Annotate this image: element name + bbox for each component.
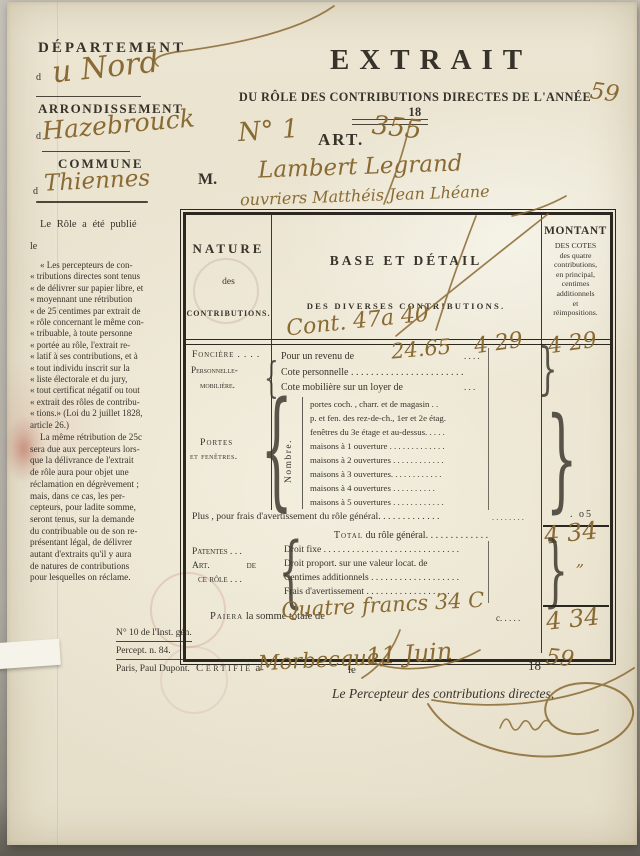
certifie-line: Certifié à [196, 662, 260, 674]
total-line: Total du rôle général. . . . . . . . . .… [276, 530, 546, 541]
art-de-label: Art. de [192, 561, 256, 571]
date-handwritten: 11 Juin [365, 637, 453, 671]
amount-principal-handwritten: 4 29 [472, 328, 524, 360]
divider-rule-flourish [36, 201, 148, 203]
art-value-handwritten: 355 [371, 110, 424, 145]
page-title: EXTRAIT [330, 44, 520, 77]
revenu-line: Pour un revenu de [281, 351, 354, 362]
final-amount-handwritten: 4 34 [545, 602, 601, 635]
percepteur-line: Le Percepteur des contributions directes… [332, 686, 554, 702]
role-published-le: le [30, 241, 37, 252]
law-quote-paragraph: « Les percepteurs de con- « tributions d… [30, 260, 182, 431]
de-word: de [247, 561, 256, 571]
fenetres-label: et fenêtres. [190, 451, 238, 461]
nature-des: des [186, 277, 271, 287]
departement-d: d [36, 72, 41, 83]
imprint-line-1: N° 10 de l'Inst. gén. [116, 628, 192, 642]
cote-personnelle-line: Cote personnelle . . . . . . . . . . . .… [281, 367, 463, 378]
footer-year-handwritten: 59 [545, 645, 575, 673]
portes-label: Portes [200, 437, 233, 448]
base-detail-header: BASE ET DÉTAIL [271, 253, 541, 269]
nature-header: NATURE [186, 241, 271, 257]
ce-role-label: ce rôle . . . [198, 575, 242, 585]
divider-rule [42, 151, 130, 152]
imprint-line-3: Paris, Paul Dupont. [116, 664, 190, 674]
paiera-dots: c. . . . . [496, 613, 520, 623]
total-word: Total [334, 530, 363, 541]
plus-frais-line: Plus , pour frais d'avertissement du rôl… [192, 511, 439, 522]
monsieur-label: M. [198, 171, 217, 189]
plus-dots: . . . . . . . . [492, 512, 524, 522]
paiera-word: Paiera [210, 611, 243, 622]
arrondissement-d: d [36, 131, 41, 142]
cote-mobiliere-dots: . . . [464, 382, 475, 392]
year-handwritten: 59 [588, 78, 621, 108]
patentes-ditto-handwritten: „ [576, 551, 584, 570]
role-published-line: Le Rôle a été publié [40, 219, 137, 230]
nature-contributions: CONTRIBUTIONS. [186, 309, 271, 318]
commune-value-handwritten: Thiennes [43, 165, 150, 197]
torn-paper-patch [0, 639, 61, 669]
divider-rule [36, 96, 141, 97]
personnelle-label: Personnelle- [191, 365, 238, 375]
commune-d: d [33, 186, 38, 197]
year-printed: 18 [528, 658, 541, 674]
contributions-table: NATURE des CONTRIBUTIONS. BASE ET DÉTAIL… [183, 212, 613, 662]
amount-montant-handwritten: 4 29 [546, 328, 598, 360]
le-label: le [348, 664, 356, 676]
art-label: ART. [318, 130, 364, 150]
nombre-divider [302, 397, 303, 509]
fonciere-label: Foncière . . . . [192, 349, 260, 360]
nombre-vertical-label: Nombre. [284, 439, 294, 483]
art-word: Art. [192, 561, 210, 571]
amounts-subdivider [488, 348, 489, 510]
certifie-word: Certifié [196, 662, 253, 674]
retribution-paragraph: La même rétribution de 25c sera due aux … [30, 432, 184, 584]
cote-mobiliere-line: Cote mobilière sur un loyer de [281, 382, 403, 393]
revenu-value-handwritten: 24.65 [390, 334, 452, 363]
portes-detail-lines: portes coch. , charr. et de magasin . . … [310, 397, 446, 509]
mobiliere-label: mobilière. [200, 380, 235, 390]
portes-brace-right: } [546, 407, 578, 511]
patentes-brace-right: } [543, 535, 568, 607]
montant-subheader: DES COTES des quatre contributions, en p… [542, 241, 609, 318]
numero-handwritten: N° 1 [237, 114, 300, 148]
amounts-subdivider-2 [488, 541, 489, 603]
patentes-label: Patentes . . . [192, 547, 242, 557]
scanned-tax-document: DÉPARTEMENT d u Nord ARRONDISSEMENT d Ha… [0, 0, 640, 856]
montant-header: MONTANT [542, 225, 609, 237]
total-rest: du rôle général. . . . . . . . . . . . . [366, 530, 488, 541]
